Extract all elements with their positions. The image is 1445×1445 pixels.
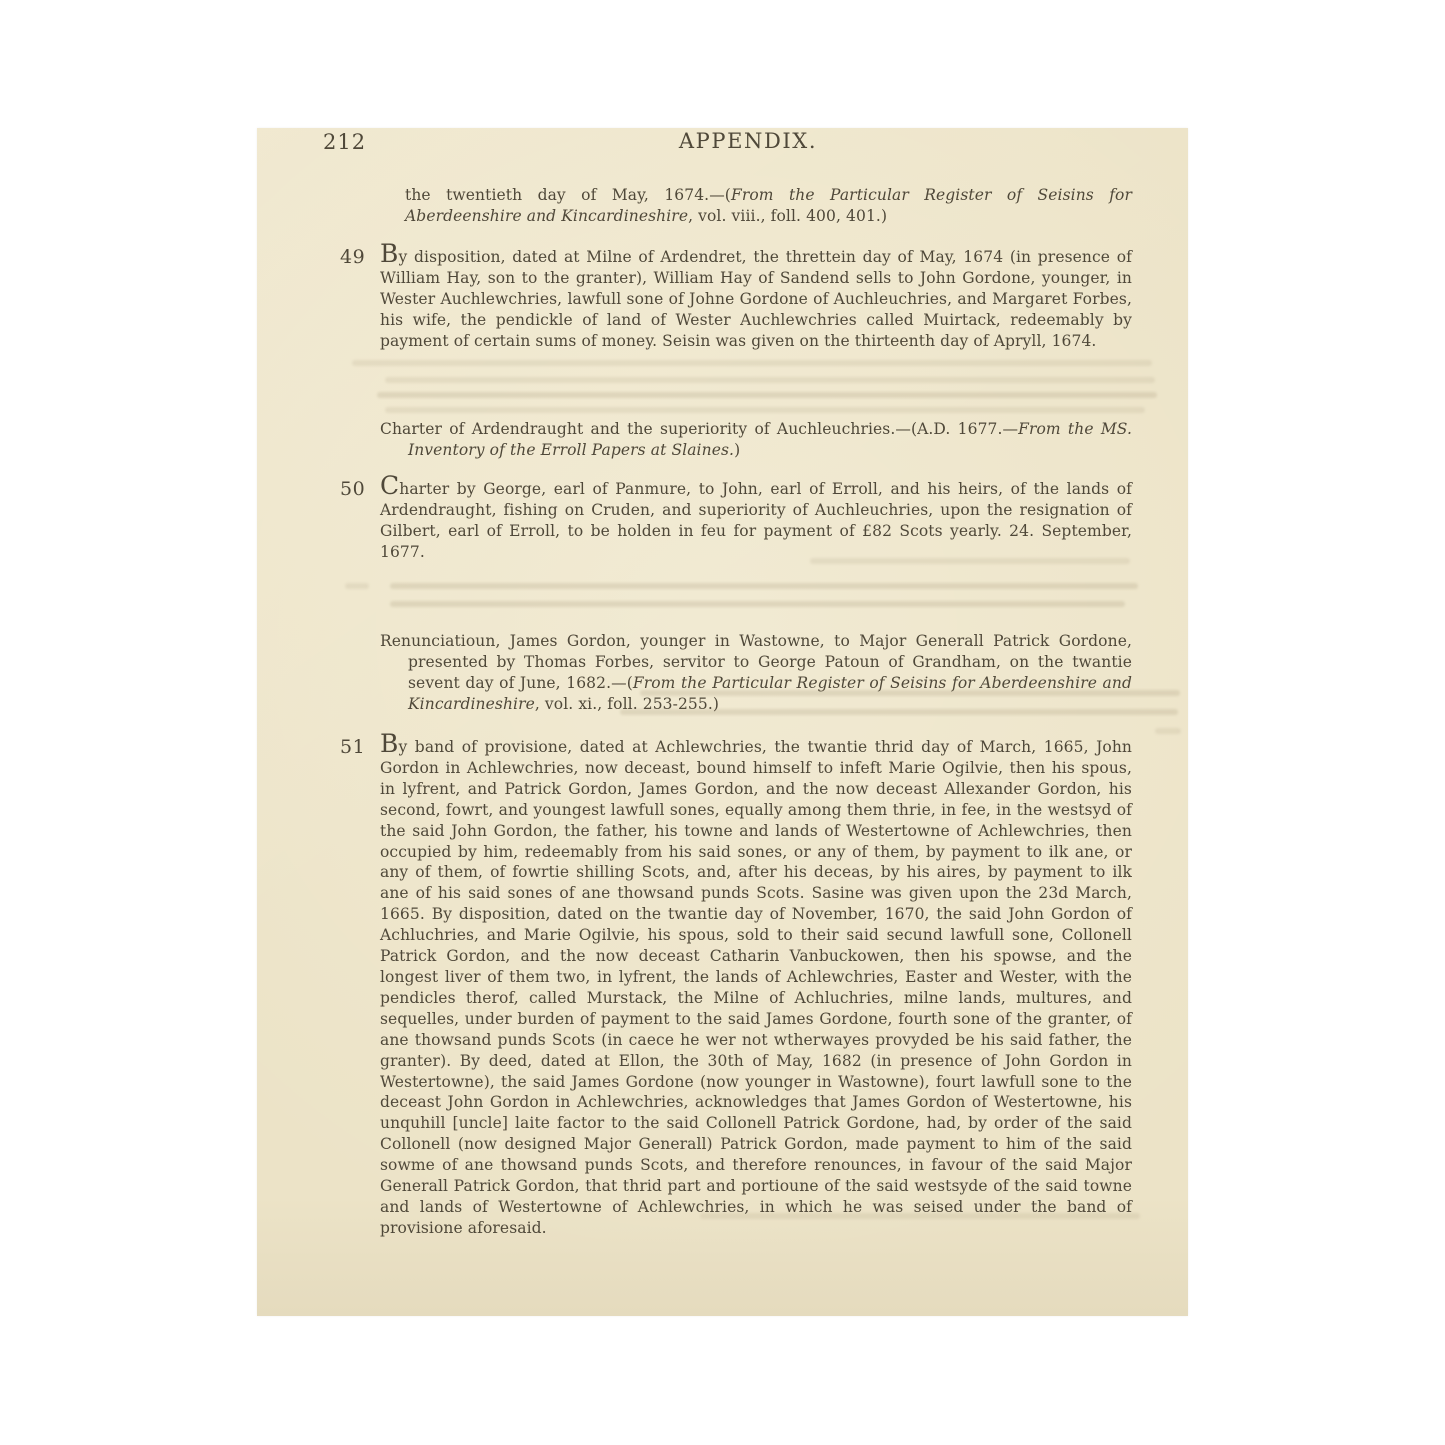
entry-50: 50Charter by George, earl of Panmure, to…	[380, 479, 1132, 563]
continuation-text: the twentieth day of May, 1674.—(	[405, 186, 731, 204]
renunciation-heading-1682: Renunciatioun, James Gordon, younger in …	[380, 631, 1132, 715]
heading-1677-tail: )	[734, 441, 740, 459]
bleedthrough-mark	[377, 392, 1157, 398]
bleedthrough-mark	[810, 558, 1130, 564]
page-number: 212	[323, 130, 366, 154]
bleedthrough-mark	[700, 1213, 1140, 1219]
bleedthrough-mark	[352, 360, 1152, 366]
entry-51-number: 51	[340, 737, 365, 758]
bleedthrough-mark	[390, 583, 1138, 589]
entry-51: 51By band of provisione, dated at Achlew…	[380, 737, 1132, 1239]
running-head: APPENDIX.	[372, 129, 1124, 153]
bleedthrough-mark	[1155, 728, 1181, 734]
bleedthrough-mark	[640, 690, 1180, 696]
bleedthrough-mark	[385, 377, 1155, 383]
entry-51-lead-capital: B	[380, 729, 398, 758]
entry-49-lead-capital: B	[380, 239, 398, 268]
entry-49: 49By disposition, dated at Milne of Arde…	[380, 247, 1132, 352]
bleedthrough-mark	[385, 407, 1145, 413]
entry-50-lead-capital: C	[380, 471, 399, 500]
citation-tail: , vol. viii., foll. 400, 401.)	[688, 207, 887, 225]
entry-49-number: 49	[340, 247, 365, 268]
entry-49-body: y disposition, dated at Milne of Ardendr…	[380, 248, 1132, 350]
continuation-paragraph: the twentieth day of May, 1674.—(From th…	[405, 185, 1132, 227]
bleedthrough-mark	[345, 583, 369, 589]
scanned-book-page: 212 APPENDIX. the twentieth day of May, …	[257, 128, 1188, 1316]
entry-51-body: y band of provisione, dated at Achlewchr…	[380, 738, 1132, 1237]
bleedthrough-mark	[620, 709, 1178, 715]
heading-1677-text: Charter of Ardendraught and the superior…	[380, 420, 1018, 438]
charter-heading-1677: Charter of Ardendraught and the superior…	[380, 419, 1132, 461]
entry-50-body: harter by George, earl of Panmure, to Jo…	[380, 480, 1132, 561]
entry-50-number: 50	[340, 479, 365, 500]
scan-background: 212 APPENDIX. the twentieth day of May, …	[0, 0, 1445, 1445]
bleedthrough-mark	[390, 601, 1125, 607]
